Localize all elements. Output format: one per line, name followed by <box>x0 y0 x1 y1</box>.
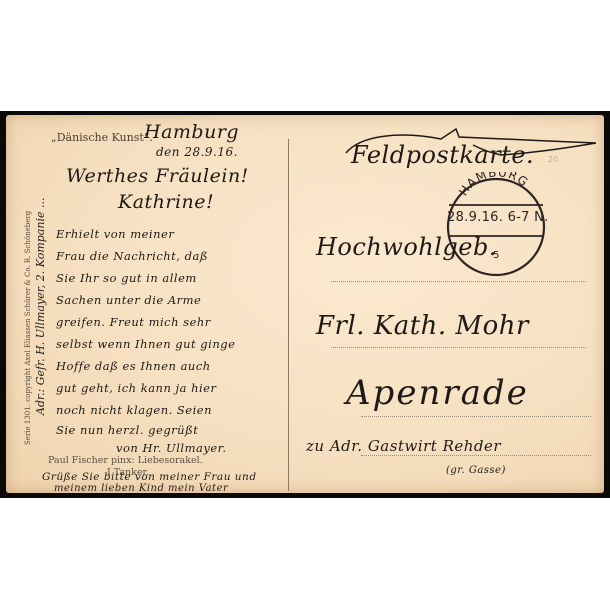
artist-credit: Paul Fischer pinx: Liebesorakel. <box>48 455 203 466</box>
message-line: meinem lieben Kind mein Vater <box>54 483 228 493</box>
care-of-line: zu Adr. Gastwirt Rehder <box>306 437 501 455</box>
address-line <box>331 347 586 348</box>
series-title: „Dänische Kunst“. <box>51 131 153 144</box>
message-date: den 28.9.16. <box>156 145 238 159</box>
card-divider <box>288 139 289 491</box>
message-line: selbst wenn Ihnen gut ginge <box>56 337 235 351</box>
message-line: noch nicht klagen. Seien <box>56 403 212 417</box>
recipient-honorific: Hochwohlgeb. <box>316 233 497 261</box>
faint-red-mark: 20 <box>548 155 558 164</box>
svg-text:HAMBURG: HAMBURG <box>456 172 531 198</box>
message-line: Sachen unter die Arme <box>56 293 201 307</box>
postmark-date: 28.9.16. 6-7 N. <box>447 210 549 225</box>
recipient-city: Apenrade <box>346 373 529 413</box>
postmark: HAMBURG 5 28.9.16. 6-7 N. <box>441 172 551 282</box>
address-line <box>331 281 586 282</box>
message-place: Hamburg <box>144 121 239 143</box>
address-line <box>361 455 591 456</box>
card-header: Feldpostkarte. <box>351 141 534 169</box>
salutation: Werthes Fräulein! <box>66 165 249 187</box>
message-line: von Hr. Ullmayer. <box>116 441 227 455</box>
message-line: greifen. Freut mich sehr <box>56 315 211 329</box>
margin-handwriting: Adr.: Gefr. H. Ullmayer, 2. Kompanie ... <box>34 198 47 415</box>
message-line: Sie Ihr so gut in allem <box>56 271 197 285</box>
postcard-border: Serie 1301. copyright Axel Eliassen Schü… <box>0 111 610 498</box>
message-line: Frau die Nachricht, daß <box>56 249 208 263</box>
salutation-name: Kathrine! <box>118 191 214 213</box>
message-line: Grüße Sie bitte von meiner Frau und <box>42 471 257 483</box>
address-line <box>361 416 591 417</box>
publisher-imprint: Serie 1301. copyright Axel Eliassen Schü… <box>24 211 32 445</box>
postcard: Serie 1301. copyright Axel Eliassen Schü… <box>6 115 604 493</box>
message-line: gut geht, ich kann ja hier <box>56 381 217 395</box>
recipient-name: Frl. Kath. Mohr <box>316 311 529 341</box>
message-line: Hoffe daß es Ihnen auch <box>56 359 211 373</box>
message-line: Erhielt von meiner <box>56 227 174 241</box>
address-note: (gr. Gasse) <box>446 465 506 476</box>
message-line: Sie nun herzl. gegrüßt <box>56 423 198 437</box>
postmark-circle-icon: HAMBURG 5 <box>441 172 551 282</box>
